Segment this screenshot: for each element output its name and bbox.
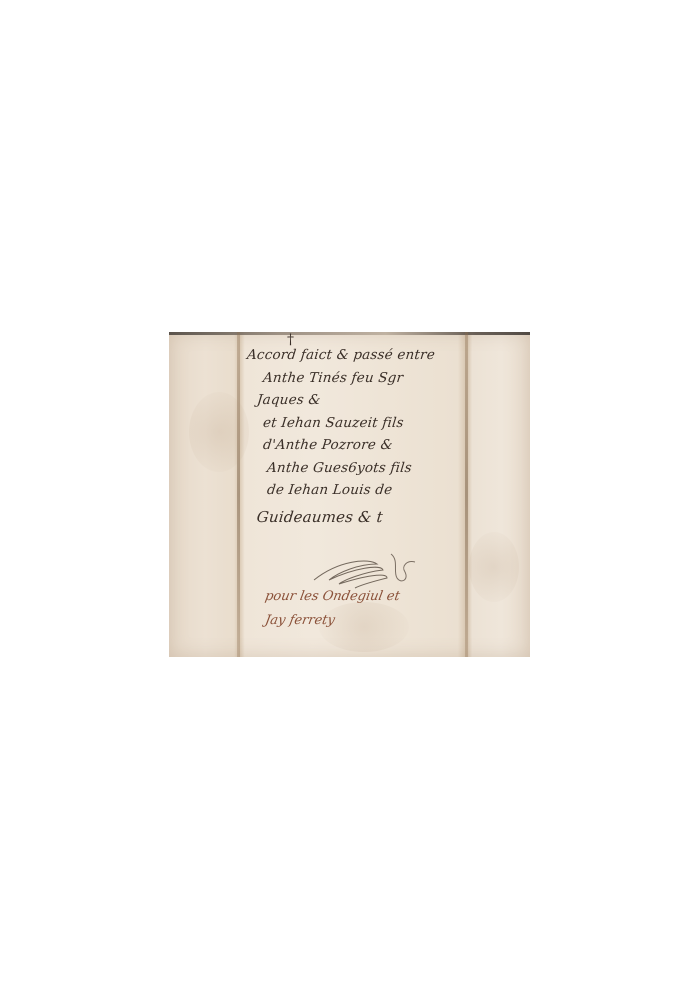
text-line: Anthe Tinés feu Sgr — [246, 367, 463, 390]
fold-line-left — [237, 332, 240, 657]
annotation-red-ink: pour les Ondegiul et Jay ferrety — [265, 585, 465, 633]
paper-stain — [469, 532, 519, 602]
scan-top-edge — [169, 332, 530, 335]
text-line: d'Anthe Pozrore & — [246, 434, 463, 457]
text-line: Jaques & — [246, 389, 463, 412]
paper-stain — [189, 392, 249, 472]
signature-flourish — [309, 550, 419, 590]
manuscript-scan: † Accord faict & passé entre Anthe Tinés… — [169, 332, 530, 657]
annotation-line: Jay ferrety — [263, 609, 467, 633]
text-line: de Iehan Louis de — [246, 479, 463, 502]
text-line: Guideaumes & t — [246, 502, 464, 529]
annotation-line: pour les Ondegiul et — [263, 585, 467, 609]
main-handwritten-text: Accord faict & passé entre Anthe Tinés f… — [247, 344, 462, 528]
text-line: Anthe Gues6yots fils — [246, 457, 463, 480]
text-line: Accord faict & passé entre — [246, 344, 463, 367]
text-line: et Iehan Sauzeit fils — [246, 412, 463, 435]
